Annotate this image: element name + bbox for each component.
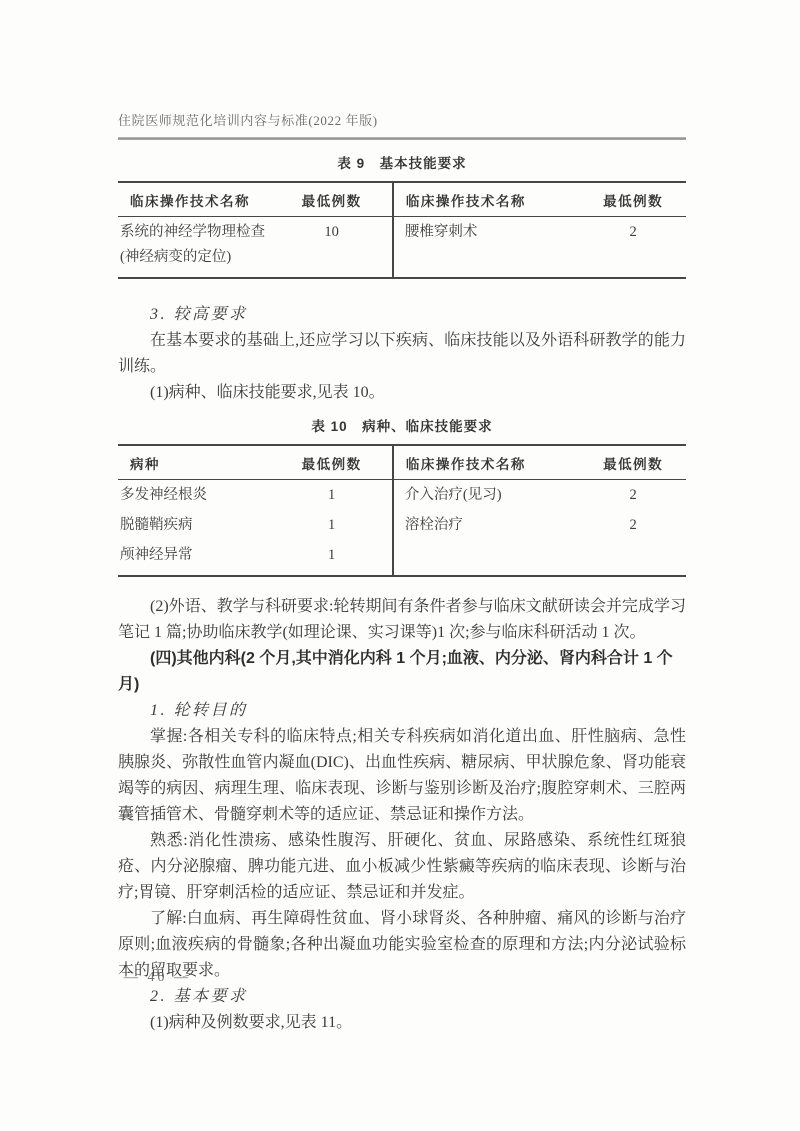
paragraph-understand: 了解:白血病、再生障碍性贫血、肾小球肾炎、各种肿瘤、痛风的诊断与治疗原则;血液疾… — [118, 906, 686, 984]
document-page: 住院医师规范化培训内容与标准(2022 年版) 表 9 基本技能要求 临床操作技… — [0, 0, 800, 1131]
col-header-disease: 病种 — [118, 445, 271, 480]
section-heading-other-internal-medicine: (四)其他内科(2 个月,其中消化内科 1 个月;血液、内分泌、肾内科合计 1 … — [118, 646, 686, 698]
col-header-min-cases-right: 最低例数 — [580, 182, 686, 217]
running-header: 住院医师规范化培训内容与标准(2022 年版) — [118, 112, 686, 130]
col-header-min-cases-left: 最低例数 — [271, 445, 393, 480]
col-header-min-cases-right: 最低例数 — [580, 445, 686, 480]
section-higher-requirements: 3. 较高要求 在基本要求的基础上,还应学习以下疾病、临床技能以及外语科研教学的… — [118, 302, 686, 406]
table-cell-count — [580, 540, 686, 576]
operation-name-line2: (神经病变的定位) — [120, 245, 271, 270]
paragraph-familiar: 熟悉:消化性溃疡、感染性腹泻、肝硬化、贫血、尿路感染、系统性红斑狼疮、内分泌腺瘤… — [118, 828, 686, 906]
operation-name-line1: 系统的神经学物理检查 — [120, 220, 271, 245]
table10-caption: 表 10 病种、临床技能要求 — [118, 417, 686, 437]
table-row: 颅神经异常 1 — [118, 540, 686, 576]
table-cell-operation — [393, 540, 580, 576]
table-cell-operation: 溶栓治疗 — [393, 510, 580, 540]
paragraph-item2: (2)外语、教学与科研要求:轮转期间有条件者参与临床文献研读会并完成学习笔记 1… — [118, 594, 686, 646]
table-cell-count: 2 — [580, 217, 686, 279]
table9-caption: 表 9 基本技能要求 — [118, 154, 686, 174]
table-cell-count: 10 — [271, 217, 393, 279]
table-9-basic-skills: 临床操作技术名称 最低例数 临床操作技术名称 最低例数 系统的神经学物理检查 (… — [118, 181, 686, 279]
header-rule — [118, 137, 686, 140]
section-other-internal-medicine: (2)外语、教学与科研要求:轮转期间有条件者参与临床文献研读会并完成学习笔记 1… — [118, 594, 686, 1036]
table9-header-row: 临床操作技术名称 最低例数 临床操作技术名称 最低例数 — [118, 182, 686, 217]
page-number: — 40 — — [124, 970, 191, 986]
section-heading-higher-requirements: 3. 较高要求 — [118, 302, 686, 328]
table-row: 脱髓鞘疾病 1 溶栓治疗 2 — [118, 510, 686, 540]
paragraph-item1: (1)病种、临床技能要求,见表 10。 — [118, 380, 686, 406]
table-row: 系统的神经学物理检查 (神经病变的定位) 10 腰椎穿刺术 2 — [118, 217, 686, 279]
table-cell-disease: 脱髓鞘疾病 — [118, 510, 271, 540]
table-cell-count: 1 — [271, 480, 393, 511]
col-header-min-cases-left: 最低例数 — [271, 182, 393, 217]
table-10-disease-skills: 病种 最低例数 临床操作技术名称 最低例数 多发神经根炎 1 介入治疗(见习) … — [118, 444, 686, 577]
paragraph-intro: 在基本要求的基础上,还应学习以下疾病、临床技能以及外语科研教学的能力训练。 — [118, 328, 686, 380]
table-cell-operation: 介入治疗(见习) — [393, 480, 580, 511]
table-row: 多发神经根炎 1 介入治疗(见习) 2 — [118, 480, 686, 511]
table-cell-disease: 颅神经异常 — [118, 540, 271, 576]
subsection-rotation-purpose: 1. 轮转目的 — [118, 698, 686, 724]
page-content: 住院医师规范化培训内容与标准(2022 年版) 表 9 基本技能要求 临床操作技… — [118, 112, 686, 1036]
paragraph-grasp: 掌握:各相关专科的临床特点;相关专科疾病如消化道出血、肝性脑病、急性胰腺炎、弥散… — [118, 724, 686, 828]
table-cell-operation-name: 系统的神经学物理检查 (神经病变的定位) — [118, 217, 271, 279]
table-cell-operation-name: 腰椎穿刺术 — [393, 217, 580, 279]
col-header-operation: 临床操作技术名称 — [393, 445, 580, 480]
table-cell-disease: 多发神经根炎 — [118, 480, 271, 511]
table-cell-count: 2 — [580, 510, 686, 540]
table-cell-count: 1 — [271, 540, 393, 576]
table-cell-count: 1 — [271, 510, 393, 540]
subsection-basic-requirements: 2. 基本要求 — [118, 984, 686, 1010]
col-header-operation-left: 临床操作技术名称 — [118, 182, 271, 217]
paragraph-see-table11: (1)病种及例数要求,见表 11。 — [118, 1010, 686, 1036]
table-cell-count: 2 — [580, 480, 686, 511]
col-header-operation-right: 临床操作技术名称 — [393, 182, 580, 217]
table10-header-row: 病种 最低例数 临床操作技术名称 最低例数 — [118, 445, 686, 480]
